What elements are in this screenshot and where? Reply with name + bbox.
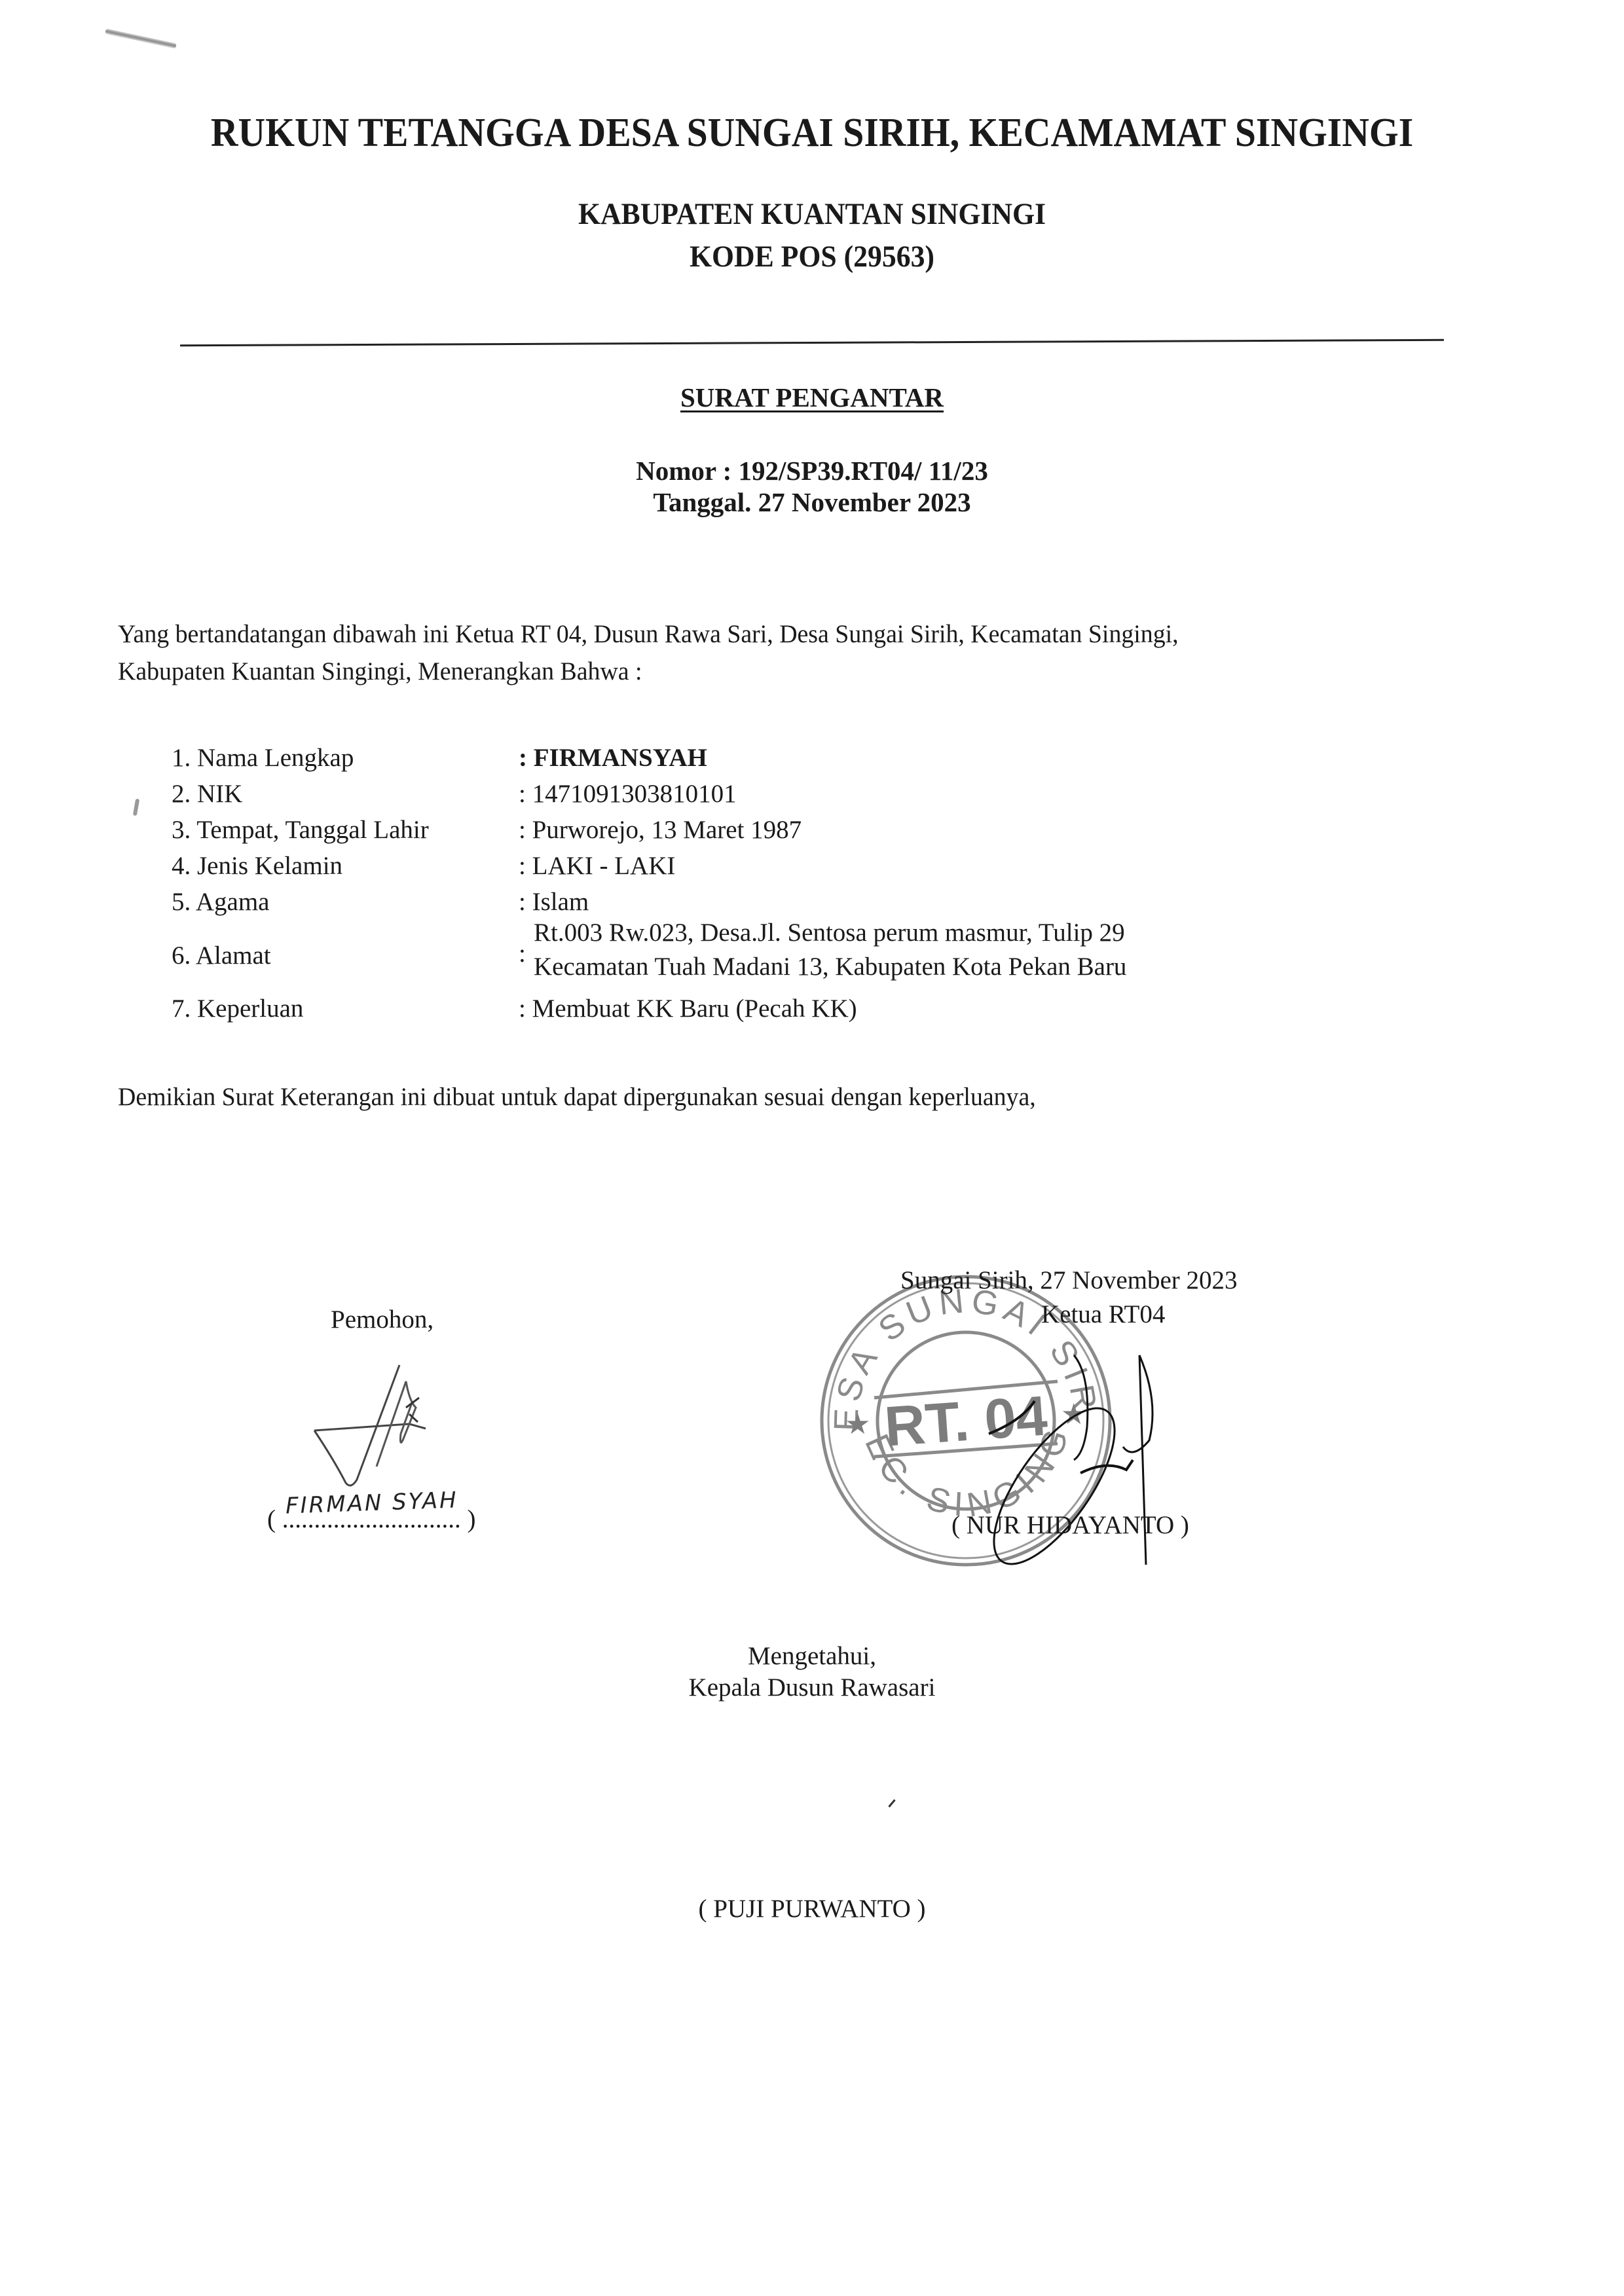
field-label: 2. NIK: [172, 779, 242, 809]
acknowledged-label: Mengetahui,: [0, 1641, 1624, 1671]
field-value-name: : FIRMANSYAH: [519, 744, 707, 772]
svg-text:★: ★: [845, 1408, 870, 1441]
field-value: : 1471091303810101: [519, 779, 737, 809]
intro-line-1: Yang bertandatangan dibawah ini Ketua RT…: [118, 615, 1484, 653]
ink-mark: [133, 799, 139, 816]
letter-title: SURAT PENGANTAR: [0, 382, 1624, 413]
field-value: : Membuat KK Baru (Pecah KK): [519, 994, 857, 1023]
letter-number: Nomor : 192/SP39.RT04/ 11/23: [0, 455, 1624, 486]
applicant-signature: [308, 1362, 458, 1493]
closing-statement: Demikian Surat Keterangan ini dibuat unt…: [118, 1082, 1036, 1112]
field-value-line-1: Rt.003 Rw.023, Desa.Jl. Sentosa perum ma…: [534, 918, 1125, 947]
rt-place-date: Sungai Sirih, 27 November 2023: [900, 1266, 1238, 1295]
applicant-name-line: ( ............................ ) FIRMAN …: [267, 1504, 475, 1534]
field-value: : Purworejo, 13 Maret 1987: [519, 815, 802, 845]
field-colon: :: [519, 939, 526, 968]
field-label: 7. Keperluan: [172, 994, 303, 1023]
field-label: 4. Jenis Kelamin: [172, 851, 342, 881]
letterhead-regency: KABUPATEN KUANTAN SINGINGI: [57, 196, 1567, 232]
field-label: 6. Alamat: [172, 941, 271, 970]
rt-role: Ketua RT04: [1041, 1300, 1165, 1329]
letter-date: Tanggal. 27 November 2023: [0, 486, 1624, 518]
letterhead-title: RUKUN TETANGGA DESA SUNGAI SIRIH, KECAMA…: [57, 110, 1567, 156]
letterhead-divider: [180, 339, 1444, 346]
letterhead-postcode: KODE POS (29563): [57, 239, 1567, 274]
rt-head-name: ( NUR HIDAYANTO ): [951, 1510, 1189, 1540]
intro-line-2: Kabupaten Kuantan Singingi, Menerangkan …: [118, 653, 1484, 690]
field-value: : Islam: [519, 887, 589, 917]
field-value: : FIRMANSYAH: [519, 743, 707, 773]
field-label: 1. Nama Lengkap: [172, 743, 354, 773]
field-label: 3. Tempat, Tanggal Lahir: [172, 815, 429, 845]
pen-mark: [888, 1799, 895, 1808]
staple-mark: [105, 29, 176, 49]
dusun-head-name: ( PUJI PURWANTO ): [0, 1894, 1624, 1923]
field-value: : LAKI - LAKI: [519, 851, 675, 881]
dusun-head-role: Kepala Dusun Rawasari: [0, 1673, 1624, 1702]
field-value-line-2: Kecamatan Tuah Madani 13, Kabupaten Kota…: [534, 952, 1126, 981]
intro-paragraph: Yang bertandatangan dibawah ini Ketua RT…: [118, 615, 1484, 690]
letter-title-text: SURAT PENGANTAR: [680, 382, 944, 412]
field-label: 5. Agama: [172, 887, 269, 917]
applicant-heading: Pemohon,: [331, 1305, 434, 1334]
